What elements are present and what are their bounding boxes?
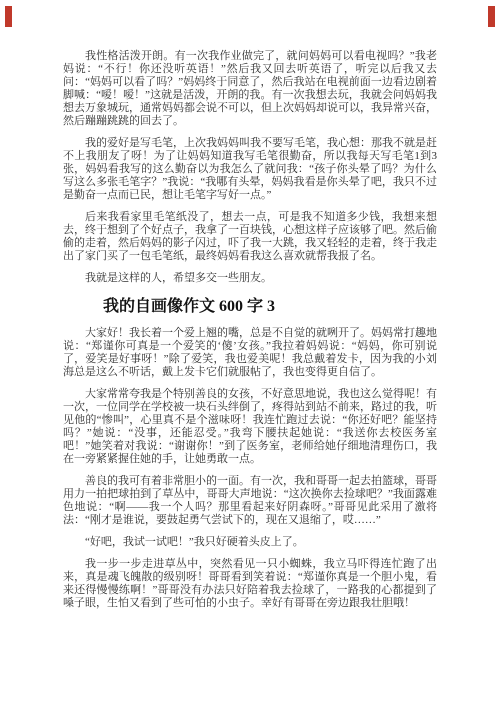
essay-paragraph: 我就是这样的人，希望多交一些朋友。 [63,272,437,285]
essay-paragraph: “好吧，我试一试吧！”我只好硬着头皮上了。 [63,536,437,549]
essay-section-top: 我性格活泼开朗。有一次我作业做完了，就问妈妈可以看电视吗？”我老妈说：“不行！你… [63,50,437,285]
document-page: 我性格活泼开朗。有一次我作业做完了，就问妈妈可以看电视吗？”我老妈说：“不行！你… [0,0,500,707]
essay-paragraph: 我性格活泼开朗。有一次我作业做完了，就问妈妈可以看电视吗？”我老妈说：“不行！你… [63,50,437,128]
essay-paragraph: 善良的我可有着非常胆小的一面。有一次，我和哥哥一起去拍篮球，哥哥用力一拍把球拍到… [63,475,437,527]
essay-paragraph: 后来我看家里毛笔纸没了，想去一点，可是我不知道多少钱，我想来想去，终于想到了个好… [63,211,437,263]
essay-paragraph: 大家好！我长着一个爱上翘的嘴，总是不自觉的就咧开了。妈妈常打趣地说：“郑谨你可真… [63,327,437,379]
essay-paragraph: 我的爱好是写毛笔，上次我妈妈叫我不要写毛笔，我心想：那我不就是赶不上我朋友了呀！… [63,137,437,202]
red-corner-mark-right [488,6,495,27]
essay-heading: 我的自画像作文 600 字 3 [63,295,437,319]
essay-section-bottom: 大家好！我长着一个爱上翘的嘴，总是不自觉的就咧开了。妈妈常打趣地说：“郑谨你可真… [63,327,437,610]
essay-paragraph: 大家常常夸我是个特别善良的女孩，不好意思地说，我也这么觉得呢！有一次，一位同学在… [63,388,437,466]
essay-body: 我性格活泼开朗。有一次我作业做完了，就问妈妈可以看电视吗？”我老妈说：“不行！你… [63,50,437,610]
essay-paragraph: 我一步一步走进草丛中，突然看见一只小蜘蛛，我立马吓得连忙跑了出来，真是魂飞魄散的… [63,558,437,610]
red-corner-mark-left [5,6,12,27]
